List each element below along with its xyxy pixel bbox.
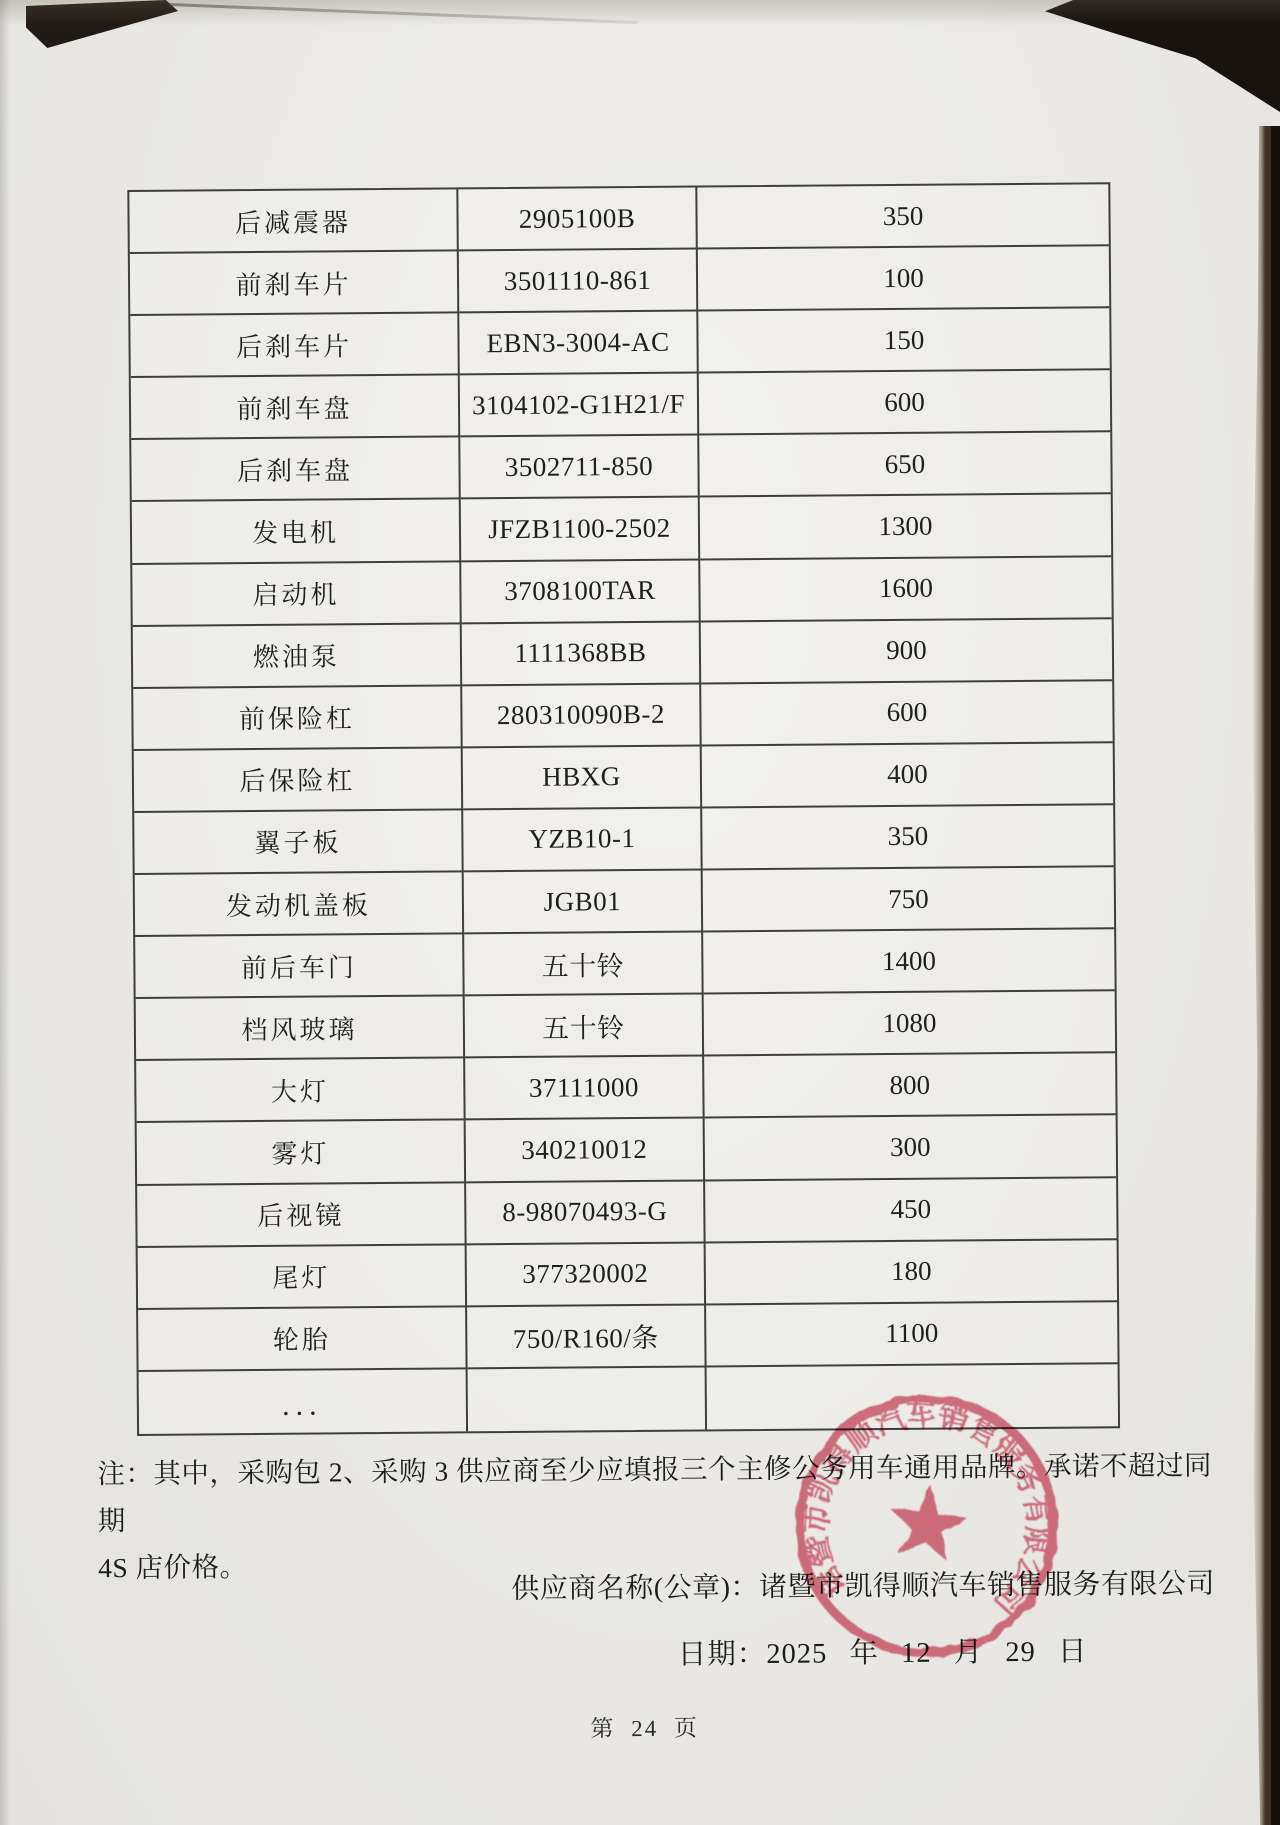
part-number-cell: HBXG: [463, 746, 702, 810]
page-content: 后减震器2905100B350 前刹车片3501110-861100 后刹车片E…: [0, 0, 1280, 1825]
part-price-cell: 150: [698, 308, 1109, 373]
part-name-cell: 轮胎: [138, 1307, 467, 1372]
part-price-cell: 800: [704, 1054, 1115, 1119]
company-stamp: 诸暨市凯得顺汽车销售服务有限公司: [768, 1367, 1085, 1684]
supplier-label: 供应商名称(公章)：: [511, 1572, 759, 1605]
part-number-cell: EBN3-3004-AC: [459, 312, 698, 376]
ellipsis-cell: ...: [139, 1369, 468, 1434]
part-name-cell: 后刹车盘: [131, 438, 460, 503]
part-price-cell: 600: [699, 371, 1110, 436]
part-name-cell: 后保险杠: [134, 748, 463, 813]
part-number-cell: YZB10-1: [463, 808, 702, 872]
part-number-cell: 3502711-850: [460, 436, 699, 500]
part-name-cell: 大灯: [136, 1059, 465, 1124]
part-number-cell: [468, 1367, 707, 1431]
part-name-cell: 前后车门: [135, 935, 464, 1000]
page-number: 第 24 页: [590, 1710, 699, 1744]
part-price-cell: 750: [703, 867, 1114, 932]
part-number-cell: JGB01: [464, 871, 703, 935]
part-name-cell: 雾灯: [137, 1121, 466, 1186]
part-price-cell: 350: [697, 184, 1108, 249]
scanned-page: 后减震器2905100B350 前刹车片3501110-861100 后刹车片E…: [0, 0, 1280, 1825]
part-price-cell: 350: [702, 805, 1113, 870]
part-price-cell: 900: [701, 619, 1112, 684]
part-number-cell: 3104102-G1H21/F: [460, 374, 699, 438]
part-number-cell: 280310090B-2: [462, 684, 701, 748]
part-name-cell: 翼子板: [134, 810, 463, 875]
part-number-cell: 2905100B: [458, 188, 697, 252]
part-price-cell: 1400: [703, 929, 1114, 994]
part-price-cell: 650: [699, 433, 1110, 498]
part-number-cell: 3708100TAR: [461, 560, 700, 624]
part-name-cell: 后刹车片: [130, 314, 459, 379]
part-number-cell: 1111368BB: [462, 622, 701, 686]
part-name-cell: 前刹车盘: [131, 376, 460, 441]
part-price-cell: 1100: [706, 1302, 1117, 1367]
part-name-cell: 燃油泵: [133, 624, 462, 689]
part-number-cell: 37111000: [465, 1057, 704, 1121]
part-price-cell: 450: [705, 1178, 1116, 1243]
part-name-cell: 后减震器: [129, 189, 458, 254]
part-price-cell: 1600: [700, 557, 1111, 622]
part-number-cell: 340210012: [466, 1119, 705, 1183]
part-price-cell: 400: [702, 743, 1113, 808]
scan-artifact-left-shadow: [0, 0, 10, 1825]
part-name-cell: 发电机: [132, 500, 461, 565]
part-name-cell: 前保险杠: [133, 686, 462, 751]
part-number-cell: 五十铃: [465, 995, 704, 1059]
part-price-cell: 1300: [700, 495, 1111, 560]
part-number-cell: 377320002: [467, 1243, 706, 1307]
part-name-cell: 前刹车片: [130, 251, 459, 316]
part-number-cell: 8-98070493-G: [466, 1181, 705, 1245]
part-price-cell: 100: [698, 246, 1109, 311]
parts-table: 后减震器2905100B350 前刹车片3501110-861100 后刹车片E…: [127, 182, 1120, 1436]
scan-artifact-top-shadow: [0, 0, 1280, 26]
part-price-cell: 300: [705, 1116, 1116, 1181]
part-name-cell: 后视镜: [137, 1183, 466, 1248]
part-number-cell: JFZB1100-2502: [461, 498, 700, 562]
part-price-cell: 600: [701, 681, 1112, 746]
part-number-cell: 750/R160/条: [467, 1305, 706, 1369]
part-name-cell: 发动机盖板: [135, 872, 464, 937]
stamp-star-icon: [885, 1481, 969, 1562]
part-price-cell: 1080: [704, 991, 1115, 1056]
part-number-cell: 五十铃: [464, 933, 703, 997]
part-name-cell: 启动机: [132, 562, 461, 627]
part-number-cell: 3501110-861: [459, 250, 698, 314]
part-name-cell: 尾灯: [138, 1245, 467, 1310]
part-name-cell: 档风玻璃: [136, 997, 465, 1062]
part-price-cell: 180: [706, 1240, 1117, 1305]
